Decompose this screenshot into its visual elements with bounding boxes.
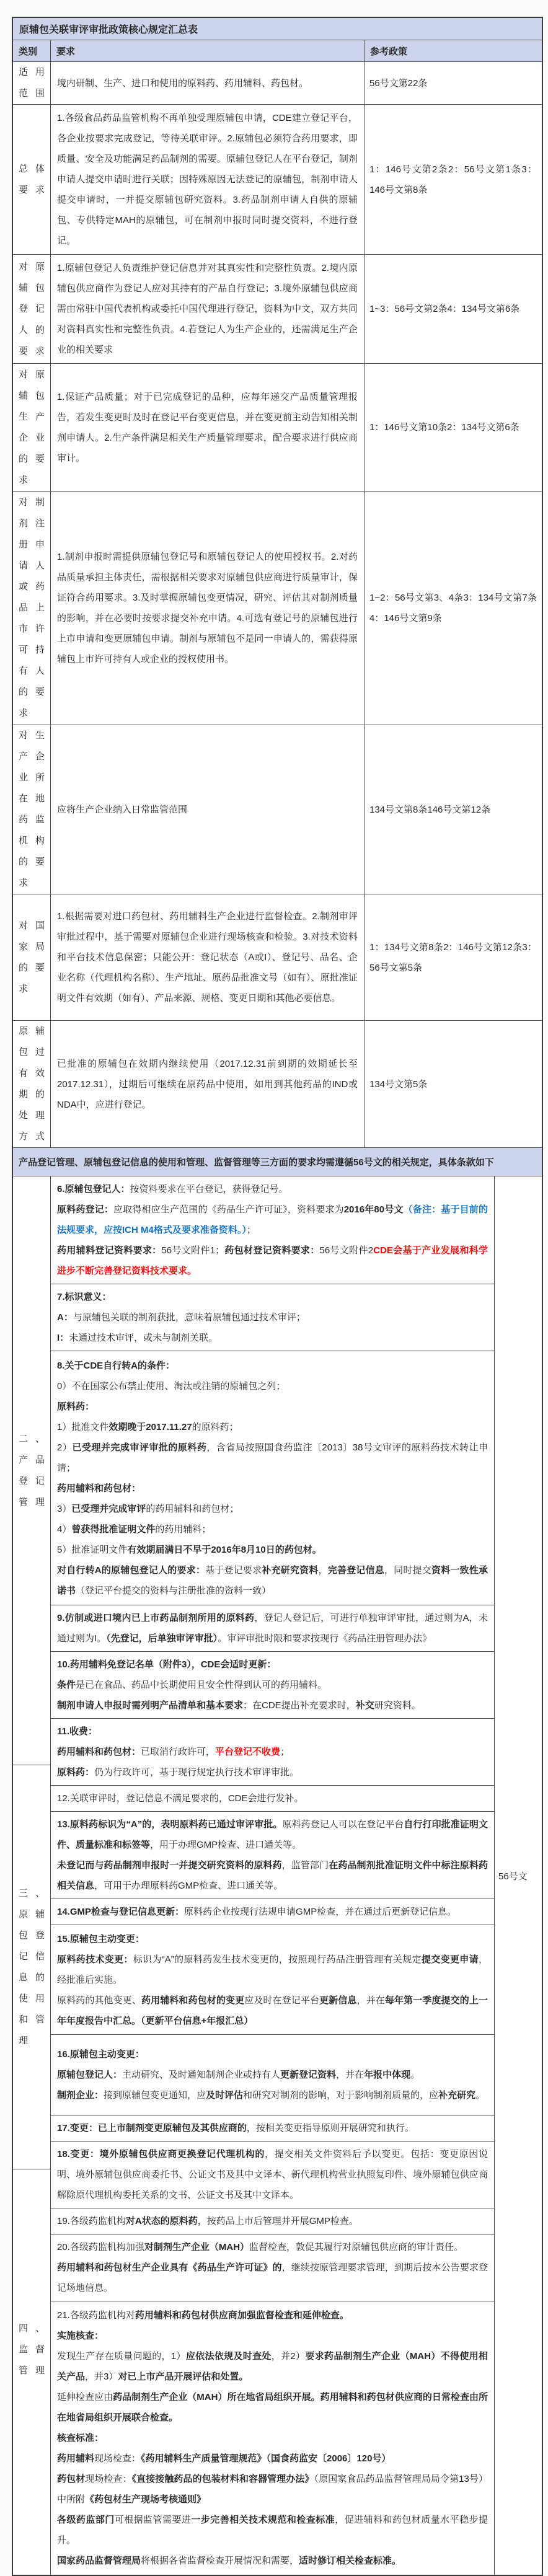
- article-content: 6.原辅包登记人：按资料要求在平台登记，获得登记号。原料药登记：应取得相应生产范…: [57, 1179, 488, 1281]
- text-run: 可根据监管需要进: [115, 2515, 192, 2525]
- text-run: 曾获得批准证明文件: [71, 1524, 155, 1535]
- paragraph: 药用辅料登记资料要求：56号文附件1；药包材登记资料要求：56号文附件2CDE会…: [57, 1240, 488, 1281]
- text-run: ；: [280, 1747, 289, 1757]
- article-row: 12.关联审评时，登记信息不满足要求的，CDE会进行发补。: [51, 1785, 494, 1811]
- text-run: 7.标识意义：: [57, 1292, 112, 1302]
- reference-cell: 134号文第8条146号文第12条: [364, 725, 542, 894]
- text-run: ，可用于办理原料药GMP检查、进口通关等。: [94, 1881, 283, 1891]
- text-run: 按资料要求在平台登记，获得登记号。: [130, 1184, 288, 1194]
- category-cell: 原辅包过有效期的处理方式: [13, 1021, 50, 1147]
- reference-content: 56号文第22条: [369, 73, 537, 94]
- paragraph: 11.收费：: [57, 1721, 488, 1742]
- text-run: 现场检查：: [85, 2474, 131, 2484]
- text-run: 及时评估: [206, 2090, 243, 2101]
- paragraph: 应将生产企业纳入日常监管范围: [57, 800, 358, 820]
- table-row: 适用范围境内研制、生产、进口和使用的原料药、药用辅料、药包材。56号文第22条: [13, 61, 542, 104]
- text-run: 8.关于CDE自行转A的条件：: [57, 1361, 175, 1371]
- article-row: 14.GMP检查与登记信息更新：原料药企业按现行法规申请GMP检查，并在通过后更…: [51, 1899, 494, 1925]
- reference-cell: 1：134号文第8条2：146号文第12条3：56号文第5条: [364, 894, 542, 1020]
- text-run: 原料药：: [57, 1767, 94, 1778]
- text-run: 未通过技术审评，或未与制剂关联。: [69, 1333, 218, 1343]
- text-run: 完善登记信息: [328, 1565, 384, 1576]
- text-run: 21.各级药监机构对: [57, 2310, 135, 2321]
- section-label: 二、产品登记管理: [13, 1429, 50, 1513]
- article-content: 16.原辅包主动变更：原辅包登记人：主动研究、及时通知制剂企业或持有人更新登记资…: [57, 2044, 488, 2106]
- article-content: 12.关联审评时，登记信息不满足要求的，CDE会进行发补。: [57, 1788, 488, 1809]
- paragraph: 1）批准文件效期晚于2017.11.27的原料药；: [57, 1417, 488, 1437]
- text-run: （先登记，后单独审评审批）: [106, 1633, 218, 1644]
- paragraph: 原料药技术变更：标识为“A”的原料药发生技术变更的，按照现行药品注册管理有关规定…: [57, 1949, 488, 1990]
- header-requirement: 要求: [50, 40, 364, 61]
- section-label: 四、监督管理: [13, 2318, 50, 2381]
- requirement-cell: 1.制剂申报时需提供原辅包登记号和原辅包登记人的使用授权书。2.对药品质量承担主…: [50, 492, 364, 725]
- reference-cell: 1：146号文第2条2：56号文第1条3：146号文第8条: [364, 105, 542, 254]
- article-row: 11.收费：药用辅料和药包材：已取消行政许可，平台登记不收费；原料药：仍为行政许…: [51, 1718, 494, 1785]
- article-content: 13.原料药标识为“A”的，表明原料药已通过审评审批。原料药登记人可以在登记平台…: [57, 1814, 488, 1896]
- paragraph: 境内研制、生产、进口和使用的原料药、药用辅料、药包材。: [57, 73, 358, 94]
- reference-content: 1~2：56号文第3、4条3：134号文第7条4：146号文第9条: [369, 588, 537, 629]
- text-run: 监督检查，敦促其履行对原辅包供应商的审计责任。: [249, 2242, 463, 2252]
- text-run: 19.各级药监机构: [57, 2216, 126, 2226]
- requirement-cell: 1.各级食品药品监管机构不再单独受理原辅包申请，CDE建立登记平台，各企业按要求…: [50, 105, 364, 254]
- category-label: 原辅包过有效期的处理方式: [13, 1021, 50, 1147]
- table-row: 对原辅包登记人的要求1.原辅包登记人负责维护登记信息并对其真实性和完整性负责。2…: [13, 254, 542, 363]
- category-label: 对原辅包登记人的要求: [13, 257, 50, 362]
- articles-reference-cell: 56号文: [494, 1176, 542, 2575]
- text-run: 补充研究资料: [262, 1565, 318, 1576]
- text-run: 原料药登记：: [57, 1204, 113, 1215]
- policy-table-body: 适用范围境内研制、生产、进口和使用的原料药、药用辅料、药包材。56号文第22条总…: [13, 61, 542, 1147]
- category-label: 对国家局的要求: [13, 915, 50, 1000]
- paragraph: 15.原辅包主动变更：: [57, 1929, 488, 1949]
- paragraph: 制剂申请人申报时需列明产品清单和基本要求；在CDE提出补充要求时，补交研究资料。: [57, 1695, 488, 1716]
- paragraph: 各级药监部门可根据监管需要进一步完善相关技术规范和检查标准，促进辅料和药包材质量…: [57, 2510, 488, 2551]
- text-run: 主动研究、及时通知制剂企业或持有人: [122, 2070, 280, 2080]
- category-cell: 对原辅包登记人的要求: [13, 255, 50, 363]
- paragraph: 1.根据需要对进口药包材、药用辅料生产企业进行监督检查。2.制剂审评审批过程中，…: [57, 906, 358, 1008]
- article-content: 11.收费：药用辅料和药包材：已取消行政许可，平台登记不收费；原料药：仍为行政许…: [57, 1721, 488, 1783]
- article-content: 10.药用辅料免登记名单（附件3），CDE会适时更新：条件是已在食品、药品中长期…: [57, 1654, 488, 1716]
- text-run: 未登记而与药品制剂申报时一并提交研究资料的原料药: [57, 1860, 282, 1871]
- text-run: 条件: [57, 1680, 76, 1690]
- article-row: 15.原辅包主动变更：原料药技术变更：标识为“A”的原料药发生技术变更的，按照现…: [51, 1925, 494, 2034]
- text-run: 56号文附件2: [320, 1245, 374, 1256]
- category-cell: 适用范围: [13, 62, 50, 104]
- text-run: 将根据各省监督检查开展情况和需要，: [141, 2556, 299, 2566]
- article-content: 21.各级药监机构对药用辅料和药包材供应商加强监督检查和延伸检查。实施核查：发现…: [57, 2305, 488, 2571]
- requirement-cell: 境内研制、生产、进口和使用的原料药、药用辅料、药包材。: [50, 62, 364, 104]
- text-run: 一步完善相关技术规范和检查标准: [191, 2515, 335, 2525]
- paragraph: 9.仿制或进口境内已上市药品制剂所用的原料药，登记人登记后，可进行单独审评审批，…: [57, 1608, 488, 1649]
- article-content: 7.标识意义：A：与原辅包关联的制剂获批，意味着原辅包通过技术审评；I：未通过技…: [57, 1287, 488, 1348]
- paragraph: 1.制剂申报时需提供原辅包登记号和原辅包登记人的使用授权书。2.对药品质量承担主…: [57, 547, 358, 669]
- text-run: 效期晚于2017.11.27: [108, 1422, 192, 1432]
- text-run: ，并在: [336, 2070, 364, 2080]
- header-reference: 参考政策: [364, 40, 542, 61]
- reference-cell: 134号文第5条: [364, 1021, 542, 1147]
- text-run: 《药用辅料生产质量管理规范》（国食药监安〔2006〕120号）: [141, 2453, 391, 2464]
- text-run: 延伸检查应由: [57, 2392, 113, 2402]
- table-title: 原辅包关联审评审批政策核心规定汇总表: [13, 18, 542, 40]
- paragraph: 核查标准：: [57, 2428, 488, 2448]
- text-run: I：: [57, 1333, 69, 1343]
- text-run: 和研究对制剂的影响，对于影响制剂质量的，应: [243, 2090, 438, 2101]
- paragraph: 16.原辅包主动变更：: [57, 2044, 488, 2065]
- paragraph: 1.各级食品药品监管机构不再单独受理原辅包申请，CDE建立登记平台，各企业按要求…: [57, 108, 358, 251]
- category-label: 对制剂注册申请人或药品上市许可持有人的要求: [13, 492, 50, 724]
- paragraph: 药用辅料和药包材生产企业具有《药品生产许可证》的，继续按原管理要求管理，到期后按…: [57, 2257, 488, 2298]
- category-label: 对生产企业所在地药监机构的要求: [13, 725, 50, 894]
- reference-text: 56号文: [498, 1869, 528, 1882]
- text-run: 药用辅料和药包材：: [57, 1747, 141, 1757]
- category-cell: 总体要求: [13, 105, 50, 254]
- reference-content: 1：134号文第8条2：146号文第12条3：56号文第5条: [369, 937, 537, 978]
- requirement-content: 1.各级食品药品监管机构不再单独受理原辅包申请，CDE建立登记平台，各企业按要求…: [57, 108, 358, 251]
- text-run: ，同时提交: [384, 1565, 431, 1576]
- requirement-content: 1.制剂申报时需提供原辅包登记号和原辅包登记人的使用授权书。2.对药品质量承担主…: [57, 547, 358, 669]
- article-row: 9.仿制或进口境内已上市药品制剂所用的原料药，登记人登记后，可进行单独审评审批，…: [51, 1605, 494, 1651]
- section-label-cell: 三、原辅包登记信息的使用和管理: [13, 1765, 50, 2169]
- requirement-content: 应将生产企业纳入日常监管范围: [57, 800, 358, 820]
- text-run: 补交: [356, 1700, 374, 1711]
- category-cell: 对国家局的要求: [13, 894, 50, 1020]
- category-cell: 对原辅包生产企业的要求: [13, 364, 50, 491]
- table-row: 总体要求1.各级食品药品监管机构不再单独受理原辅包申请，CDE建立登记平台，各企…: [13, 104, 542, 254]
- text-run: 2）: [57, 1442, 72, 1453]
- text-run: 各级药监部门: [57, 2515, 115, 2525]
- paragraph: 实施核查：: [57, 2326, 488, 2346]
- text-run: 13.原料药标识为“A”的，表明原料药已通过审评审批。: [57, 1819, 282, 1830]
- article-row: 8.关于CDE自行转A的条件：0）不在国家公布禁止使用、淘汰或注销的原辅包之列；…: [51, 1351, 494, 1605]
- paragraph: 原料药：仍为行政许可，基于现行规定执行技术审评审批。: [57, 1762, 488, 1783]
- text-run: 药用辅料登记资料要求：: [57, 1245, 161, 1256]
- text-run: 补充研究: [438, 2090, 475, 2101]
- text-run: 对制剂生产企业（MAH）: [144, 2242, 249, 2252]
- document-page: 原辅包关联审评审批政策核心规定汇总表 类别 要求 参考政策 适用范围境内研制、生…: [0, 0, 548, 2559]
- text-run: 原料药登记人可以在登记平台: [282, 1819, 404, 1830]
- paragraph: 原料药登记：应取得相应生产范围的《药品生产许可证》，资料要求为2016年80号文…: [57, 1199, 488, 1240]
- reference-content: 134号文第8条146号文第12条: [369, 800, 537, 820]
- header-category: 类别: [13, 40, 50, 61]
- text-run: 更新登记资料: [280, 2070, 336, 2080]
- text-run: 15.原辅包主动变更：: [57, 1934, 144, 1944]
- article-content: 15.原辅包主动变更：原料药技术变更：标识为“A”的原料药发生技术变更的，按照现…: [57, 1929, 488, 2031]
- text-run: 9.仿制或进口境内已上市药品制剂所用的原料药: [57, 1613, 254, 1623]
- article-content: 14.GMP检查与登记信息更新：原料药企业按现行法规申请GMP检查，并在通过后更…: [57, 1902, 488, 1922]
- section-label: 三、原辅包登记信息的使用和管理: [13, 1883, 50, 2052]
- text-run: 实施核查：: [57, 2331, 104, 2341]
- policy-summary-table: 原辅包关联审评审批政策核心规定汇总表 类别 要求 参考政策 适用范围境内研制、生…: [12, 17, 543, 2576]
- paragraph: 3）已受理并完成审评的药用辅料和药包材；: [57, 1499, 488, 1519]
- paragraph: 药用辅料现场检查：《药用辅料生产质量管理规范》（国食药监安〔2006〕120号）: [57, 2448, 488, 2469]
- text-run: 1.各级食品药品监管机构不再单独受理原辅包申请，CDE建立登记平台，各企业按要求…: [57, 113, 358, 246]
- text-run: 应将生产企业纳入日常监管范围: [57, 805, 187, 815]
- paragraph: 药包材现场检查：《直接接触药品的包装材料和容器管理办法》（原国家食品药品监督管理…: [57, 2469, 488, 2510]
- paragraph: 发现生产存在质量问题的，1）应依法依规及时查处，并2）要求药品制剂生产企业（MA…: [57, 2346, 488, 2387]
- text-run: 2016年80号文: [344, 1204, 404, 1215]
- text-run: 药用辅料: [57, 2453, 94, 2464]
- paragraph: 6.原辅包登记人：按资料要求在平台登记，获得登记号。: [57, 1179, 488, 1199]
- text-run: ，用于办理GMP检查、进口通关等。: [150, 1840, 301, 1850]
- paragraph: 条件是已在食品、药品中长期使用且安全性得到认可的药用辅料。: [57, 1675, 488, 1695]
- requirement-cell: 应将生产企业纳入日常监管范围: [50, 725, 364, 894]
- text-run: 境内研制、生产、进口和使用的原料药、药用辅料、药包材。: [57, 78, 308, 89]
- text-run: 对自行转A的原辅包登记人的要求：: [57, 1565, 205, 1576]
- paragraph: 延伸检查应由药品制剂生产企业（MAH）所在地省局组织开展。药用辅料和药包材供应商…: [57, 2387, 488, 2428]
- article-row: 16.原辅包主动变更：原辅包登记人：主动研究、及时通知制剂企业或持有人更新登记资…: [51, 2034, 494, 2115]
- text-run: 药用辅料和药包材供应商加强监督检查和延伸检查。: [135, 2310, 349, 2321]
- article-content: 8.关于CDE自行转A的条件：0）不在国家公布禁止使用、淘汰或注销的原辅包之列；…: [57, 1356, 488, 1601]
- paragraph: 原辅包登记人：主动研究、及时通知制剂企业或持有人更新登记资料，并在年报中体现。: [57, 2065, 488, 2085]
- paragraph: 17.变更：已上市制剂变更原辅包及其供应商的，按相关变更指导原则开展研究和执行。: [57, 2118, 488, 2138]
- paragraph: 1.原辅包登记人负责维护登记信息并对其真实性和完整性负责。2.境内原辅包供应商作…: [57, 258, 358, 360]
- category-cell: 对制剂注册申请人或药品上市许可持有人的要求: [13, 492, 50, 725]
- text-run: 适时修订相关检查标准。: [299, 2556, 401, 2566]
- text-run: 基于登记要求: [205, 1565, 262, 1576]
- article-row: 13.原料药标识为“A”的，表明原料药已通过审评审批。原料药登记人可以在登记平台…: [51, 1811, 494, 1899]
- paragraph: 7.标识意义：: [57, 1287, 488, 1307]
- paragraph: 原料药：: [57, 1396, 488, 1417]
- section-banner: 产品登记管理、原辅包登记信息的使用和管理、监督管理等三方面的要求均需遵循56号文…: [13, 1147, 542, 1176]
- text-run: 3）: [57, 1504, 71, 1514]
- text-run: 。: [410, 2070, 420, 2080]
- paragraph: 对自行转A的原辅包登记人的要求：基于登记要求补充研究资料，完善登记信息，同时提交…: [57, 1560, 488, 1601]
- article-content: 20.各级药监机构加强对制剂生产企业（MAH）监督检查，敦促其履行对原辅包供应商…: [57, 2237, 488, 2298]
- article-row: 20.各级药监机构加强对制剂生产企业（MAH）监督检查，敦促其履行对原辅包供应商…: [51, 2234, 494, 2301]
- text-run: 10.药用辅料免登记名单（附件3），CDE会适时更新：: [57, 1659, 276, 1670]
- text-run: 仍为行政许可，基于现行规定执行技术审评审批。: [94, 1767, 299, 1778]
- article-content: 17.变更：已上市制剂变更原辅包及其供应商的，按相关变更指导原则开展研究和执行。: [57, 2118, 488, 2138]
- text-run: 平台登记不收费: [215, 1747, 280, 1757]
- requirement-cell: 1.根据需要对进口药包材、药用辅料生产企业进行监督检查。2.制剂审评审批过程中，…: [50, 894, 364, 1020]
- paragraph: 未登记而与药品制剂申报时一并提交研究资料的原料药，监管部门在药品制剂批准证明文件…: [57, 1855, 488, 1896]
- reference-cell: 1~2：56号文第3、4条3：134号文第7条4：146号文第9条: [364, 492, 542, 725]
- table-row: 对原辅包生产企业的要求1.保证产品质量；对于已完成登记的品种，应每年递交产品质量…: [13, 363, 542, 491]
- text-run: 已批准的原辅包在效期内继续使用（2017.12.31前到期的效期延长至2017.…: [57, 1059, 358, 1110]
- text-run: 药用辅料和药包材生产企业具有《药品生产许可证》的: [57, 2262, 282, 2273]
- text-run: 与原辅包关联的制剂获批，意味着原辅包通过技术审评；: [73, 1312, 306, 1323]
- category-cell: 对生产企业所在地药监机构的要求: [13, 725, 50, 894]
- text-run: 药包材登记资料要求：: [224, 1245, 319, 1256]
- text-run: 1.保证产品质量；对于已完成登记的品种，应每年递交产品质量管理报告，若发生变更时…: [57, 392, 358, 464]
- paragraph: 21.各级药监机构对药用辅料和药包材供应商加强监督检查和延伸检查。: [57, 2305, 488, 2326]
- reference-cell: 1：146号文第10条2：134号文第6条: [364, 364, 542, 491]
- reference-content: 1：146号文第10条2：134号文第6条: [369, 417, 537, 438]
- text-run: 原料药企业按现行法规申请GMP检查，并在通过后更新登记信息。: [184, 1907, 456, 1917]
- text-run: 发现生产存在质量问题的，1）: [57, 2351, 186, 2362]
- requirement-content: 1.原辅包登记人负责维护登记信息并对其真实性和完整性负责。2.境内原辅包供应商作…: [57, 258, 358, 360]
- category-label: 总体要求: [13, 159, 50, 201]
- section-label-cell: 四、监督管理: [13, 2169, 50, 2530]
- category-label: 适用范围: [13, 62, 50, 104]
- article-row: 18.变更：境外原辅包供应商更换登记代理机构的，提交相关文件资料后予以变更。包括…: [51, 2141, 494, 2208]
- text-run: ，并3）: [85, 2371, 118, 2382]
- text-run: 核查标准：: [57, 2433, 104, 2443]
- requirement-content: 境内研制、生产、进口和使用的原料药、药用辅料、药包材。: [57, 73, 358, 94]
- table-row: 对制剂注册申请人或药品上市许可持有人的要求1.制剂申报时需提供原辅包登记号和原辅…: [13, 491, 542, 725]
- text-run: 有效期届满日不早于2016年8月10日的药包材。: [127, 1545, 321, 1555]
- text-run: 14.GMP检查与登记信息更新：: [57, 1907, 184, 1917]
- text-run: A：: [57, 1312, 73, 1323]
- paragraph: 12.关联审评时，登记信息不满足要求的，CDE会进行发补。: [57, 1788, 488, 1809]
- text-run: 原料药技术变更：: [57, 1954, 133, 1965]
- text-run: 1.原辅包登记人负责维护登记信息并对其真实性和完整性负责。2.境内原辅包供应商作…: [57, 263, 358, 355]
- text-run: 制剂申请人申报时需列明产品清单和基本要求: [57, 1700, 243, 1711]
- requirement-cell: 已批准的原辅包在效期内继续使用（2017.12.31前到期的效期延长至2017.…: [50, 1021, 364, 1147]
- requirement-content: 1.保证产品质量；对于已完成登记的品种，应每年递交产品质量管理报告，若发生变更时…: [57, 387, 358, 469]
- text-run: 1.根据需要对进口药包材、药用辅料生产企业进行监督检查。2.制剂审评审批过程中，…: [57, 911, 358, 1003]
- text-run: 5）批准证明文件: [57, 1545, 127, 1555]
- text-run: 药包材: [57, 2474, 85, 2484]
- requirement-content: 已批准的原辅包在效期内继续使用（2017.12.31前到期的效期延长至2017.…: [57, 1054, 358, 1115]
- text-run: ，监管部门: [282, 1860, 329, 1871]
- text-run: 。审评审批时限和要求按现行《药品注册管理办法》: [218, 1633, 431, 1644]
- requirement-cell: 1.原辅包登记人负责维护登记信息并对其真实性和完整性负责。2.境内原辅包供应商作…: [50, 255, 364, 363]
- text-run: ，并在: [357, 1995, 385, 2006]
- text-run: 4）: [57, 1524, 71, 1535]
- text-run: 原辅包登记人：: [57, 2070, 122, 2080]
- text-run: （登记平台提交的资料与注册批准的资料一致）: [76, 1586, 271, 1596]
- paragraph: 1.保证产品质量；对于已完成登记的品种，应每年递交产品质量管理报告，若发生变更时…: [57, 387, 358, 469]
- reference-cell: 56号文第22条: [364, 62, 542, 104]
- paragraph: 已批准的原辅包在效期内继续使用（2017.12.31前到期的效期延长至2017.…: [57, 1054, 358, 1115]
- reference-content: 134号文第5条: [369, 1074, 537, 1095]
- text-run: 药品制剂生产企业（MAH）所在地省局组织开展。药用辅料和药包材供应商的日常检查由…: [57, 2392, 488, 2423]
- text-run: 应及时在登记平台: [244, 1995, 319, 2006]
- text-run: 对A状态的原料药: [126, 2216, 198, 2226]
- text-run: ，并2）: [272, 2351, 306, 2362]
- text-run: 《直接接触药品的包装材料和容器管理办法》: [132, 2474, 314, 2484]
- paragraph: 原料药的其他变更、药用辅料和药包材的变更应及时在登记平台更新信息，并在每年第一季…: [57, 1990, 488, 2031]
- paragraph: 19.各级药监机构对A状态的原料药，按药品上市后管理并开展GMP检查。: [57, 2211, 488, 2231]
- paragraph: 18.变更：境外原辅包供应商更换登记代理机构的，提交相关文件资料后予以变更。包括…: [57, 2144, 488, 2205]
- article-row: 6.原辅包登记人：按资料要求在平台登记，获得登记号。原料药登记：应取得相应生产范…: [51, 1176, 494, 1284]
- text-run: ，: [319, 1565, 328, 1576]
- articles-rows: 6.原辅包登记人：按资料要求在平台登记，获得登记号。原料药登记：应取得相应生产范…: [50, 1176, 494, 2575]
- section-label-cell: 二、产品登记管理: [13, 1176, 50, 1765]
- text-run: 应取得相应生产范围的《药品生产许可证》，资料要求为: [113, 1204, 344, 1215]
- text-run: 。: [475, 2090, 485, 2101]
- text-run: 更新信息: [319, 1995, 356, 2006]
- paragraph: 5）批准证明文件有效期届满日不早于2016年8月10日的药包材。: [57, 1540, 488, 1560]
- text-run: 1.制剂申报时需提供原辅包登记号和原辅包登记人的使用授权书。2.对药品质量承担主…: [57, 552, 358, 664]
- paragraph: 4）曾获得批准证明文件的药用辅料；: [57, 1519, 488, 1540]
- table-row: 原辅包过有效期的处理方式已批准的原辅包在效期内继续使用（2017.12.31前到…: [13, 1020, 542, 1147]
- paragraph: 药用辅料和药包材：: [57, 1478, 488, 1499]
- paragraph: 10.药用辅料免登记名单（附件3），CDE会适时更新：: [57, 1654, 488, 1675]
- text-run: 提交变更申请: [422, 1954, 479, 1965]
- requirement-cell: 1.保证产品质量；对于已完成登记的品种，应每年递交产品质量管理报告，若发生变更时…: [50, 364, 364, 491]
- paragraph: 14.GMP检查与登记信息更新：原料药企业按现行法规申请GMP检查，并在通过后更…: [57, 1902, 488, 1922]
- category-label: 对原辅包生产企业的要求: [13, 364, 50, 491]
- table-row: 对国家局的要求1.根据需要对进口药包材、药用辅料生产企业进行监督检查。2.制剂审…: [13, 894, 542, 1020]
- article-content: 19.各级药监机构对A状态的原料药，按药品上市后管理并开展GMP检查。: [57, 2211, 488, 2231]
- text-run: 现场检查：: [94, 2453, 141, 2464]
- text-run: ，按相关变更指导原则开展研究和执行。: [247, 2123, 414, 2133]
- paragraph: 13.原料药标识为“A”的，表明原料药已通过审评审批。原料药登记人可以在登记平台…: [57, 1814, 488, 1855]
- text-run: 12.关联审评时，登记信息不满足要求的，CDE会进行发补。: [57, 1793, 304, 1804]
- text-run: 56号文附件1；: [161, 1245, 224, 1256]
- requirement-content: 1.根据需要对进口药包材、药用辅料生产企业进行监督检查。2.制剂审评审批过程中，…: [57, 906, 358, 1008]
- text-run: 0）不在国家公布禁止使用、淘汰或注销的原辅包之列；: [57, 1381, 285, 1392]
- paragraph: 国家药品监督管理局将根据各省监督检查开展情况和需要，适时修订相关检查标准。: [57, 2551, 488, 2571]
- text-run: 1）批准文件: [57, 1422, 108, 1432]
- article-row: 21.各级药监机构对药用辅料和药包材供应商加强监督检查和延伸检查。实施核查：发现…: [51, 2301, 494, 2575]
- text-run: 16.原辅包主动变更：: [57, 2049, 144, 2060]
- table-header-row: 类别 要求 参考政策: [13, 40, 542, 61]
- text-run: 原料药：: [57, 1401, 94, 1412]
- paragraph: 2）已受理并完成审评审批的原料药，含省局按照国食药监注〔2013〕38号文审评的…: [57, 1437, 488, 1478]
- text-run: 20.各级药监机构加强: [57, 2242, 144, 2252]
- text-run: 制剂企业：: [57, 2090, 104, 2101]
- text-run: 接到原辅包变更通知，应: [104, 2090, 206, 2101]
- text-run: 标识为“A”的原料药发生技术变更的，按照现行药品注册管理有关规定: [133, 1954, 422, 1965]
- reference-content: 1~3：56号文第2条4：134号文第6条: [369, 299, 537, 319]
- text-run: 研究资料。: [374, 1700, 421, 1711]
- text-run: 已受理并完成审评审批的原料药: [72, 1442, 206, 1453]
- text-run: ；: [247, 1225, 256, 1235]
- text-run: ，按药品上市后管理并开展GMP检查。: [198, 2216, 358, 2226]
- article-row: 7.标识意义：A：与原辅包关联的制剂获批，意味着原辅包通过技术审评；I：未通过技…: [51, 1284, 494, 1351]
- text-run: 国家药品监督管理局: [57, 2556, 141, 2566]
- text-run: ；在CDE提出补充要求时，: [243, 1700, 356, 1711]
- table-row: 对生产企业所在地药监机构的要求应将生产企业纳入日常监管范围134号文第8条146…: [13, 725, 542, 894]
- text-run: 已取消行政许可，: [141, 1747, 215, 1757]
- text-run: 年报中体现: [364, 2070, 410, 2080]
- reference-cell: 1~3：56号文第2条4：134号文第6条: [364, 255, 542, 363]
- paragraph: A：与原辅包关联的制剂获批，意味着原辅包通过技术审评；: [57, 1307, 488, 1328]
- text-run: 已受理并完成审评: [71, 1504, 146, 1514]
- text-run: 6.原辅包登记人：: [57, 1184, 130, 1194]
- reference-content: 1：146号文第2条2：56号文第1条3：146号文第8条: [369, 159, 537, 200]
- paragraph: 20.各级药监机构加强对制剂生产企业（MAH）监督检查，敦促其履行对原辅包供应商…: [57, 2237, 488, 2257]
- text-run: 药用辅料和药包材的变更: [141, 1995, 244, 2006]
- paragraph: I：未通过技术审评，或未与制剂关联。: [57, 1328, 488, 1348]
- text-run: 11.收费：: [57, 1726, 97, 1737]
- text-run: 《药包材生产现场考核通则》: [85, 2494, 206, 2505]
- article-content: 18.变更：境外原辅包供应商更换登记代理机构的，提交相关文件资料后予以变更。包括…: [57, 2144, 488, 2205]
- text-run: 应依法依规及时查处: [186, 2351, 272, 2362]
- article-row: 17.变更：已上市制剂变更原辅包及其供应商的，按相关变更指导原则开展研究和执行。: [51, 2115, 494, 2141]
- text-run: 对已上市产品开展评估和处置。: [118, 2371, 248, 2382]
- paragraph: 8.关于CDE自行转A的条件：: [57, 1356, 488, 1376]
- text-run: 的原料药；: [192, 1422, 239, 1432]
- articles-table: 二、产品登记管理三、原辅包登记信息的使用和管理四、监督管理 6.原辅包登记人：按…: [13, 1176, 542, 2575]
- paragraph: 制剂企业：接到原辅包变更通知，应及时评估和研究对制剂的影响，对于影响制剂质量的，…: [57, 2085, 488, 2106]
- text-run: 是已在食品、药品中长期使用且安全性得到认可的药用辅料。: [76, 1680, 327, 1690]
- text-run: 17.变更：已上市制剂变更原辅包及其供应商的: [57, 2123, 247, 2133]
- paragraph: 0）不在国家公布禁止使用、淘汰或注销的原辅包之列；: [57, 1376, 488, 1396]
- article-row: 19.各级药监机构对A状态的原料药，按药品上市后管理并开展GMP检查。: [51, 2208, 494, 2234]
- articles-section-labels: 二、产品登记管理三、原辅包登记信息的使用和管理四、监督管理: [13, 1176, 50, 2575]
- text-run: 原料药的其他变更、: [57, 1995, 141, 2006]
- article-content: 9.仿制或进口境内已上市药品制剂所用的原料药，登记人登记后，可进行单独审评审批，…: [57, 1608, 488, 1649]
- text-run: 18.变更：境外原辅包供应商更换登记代理机构的: [57, 2149, 265, 2159]
- text-run: 药用辅料和药包材：: [57, 1483, 141, 1494]
- paragraph: 药用辅料和药包材：已取消行政许可，平台登记不收费；: [57, 1742, 488, 1762]
- article-row: 10.药用辅料免登记名单（附件3），CDE会适时更新：条件是已在食品、药品中长期…: [51, 1651, 494, 1718]
- text-run: 的药用辅料和药包材；: [146, 1504, 239, 1514]
- text-run: 的药用辅料；: [155, 1524, 211, 1535]
